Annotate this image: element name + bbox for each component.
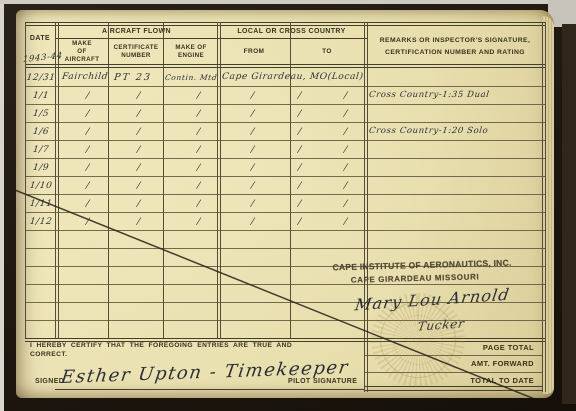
cancellation-line [16,10,554,398]
row-date: 1/10 [25,181,56,191]
ditto-mark: / [136,217,141,227]
row-rule [25,212,545,213]
make-of-aircraft-header: MAKE OF AIRCRAFT [57,40,107,64]
scan-background-top [0,0,576,4]
ditto-mark: / [136,91,141,101]
total-to-date-rule [365,386,543,387]
row-date: 1/11 [25,199,56,209]
ditto-mark: / [196,127,201,137]
ditto-mark: / [297,163,302,173]
row-date: 1/1 [25,91,56,101]
table-top-rule-2 [25,25,545,26]
institute-stamp-line1: CAPE INSTITUTE OF AERONAUTICS, INC. [322,257,522,272]
ditto-mark: / [250,217,255,227]
ditto-mark: / [85,181,90,191]
from-column-header: FROM [218,48,290,56]
certificate-number-header: CERTIFICATE NUMBER [110,44,162,60]
ditto-mark: / [250,91,255,101]
page-total-label: PAGE TOTAL [416,343,534,353]
ditto-mark: / [297,109,302,119]
ditto-mark: / [250,145,255,155]
row-rule [25,320,545,321]
row-rule [25,230,545,231]
column-rule [108,22,109,338]
ditto-mark: / [297,127,302,137]
certify-statement: I HEREBY CERTIFY THAT THE FOREGOING ENTR… [30,342,330,359]
row-rule [25,122,545,123]
column-rule [163,22,164,338]
ditto-mark: / [136,181,141,191]
amt-forward-label: AMT. FORWARD [416,359,534,369]
ditto-mark: / [297,217,302,227]
ditto-mark: / [297,145,302,155]
ditto-mark: / [250,127,255,137]
ditto-mark: / [297,199,302,209]
row-date: 1/5 [25,109,56,119]
ditto-mark: / [196,145,201,155]
row-make: Fairchild [61,72,108,82]
ditto-mark: / [343,181,348,191]
row-date: 12/31 [25,73,56,83]
ditto-mark: / [196,181,201,191]
header-bottom-rule-2 [25,67,545,68]
ditto-mark: / [85,199,90,209]
ditto-mark: / [297,91,302,101]
logbook-page: DATE AIRCRAFT FLOWN LOCAL OR CROSS COUNT… [16,10,554,398]
row-route: Cape Girardeau, MO(Local) [221,72,364,82]
row-rule [25,176,545,177]
to-column-header: TO [290,48,364,56]
column-rule [25,22,26,338]
signature-baseline [55,389,365,390]
row-rule [25,284,545,285]
row-date: 1/12 [25,217,56,227]
ditto-mark: / [136,199,141,209]
column-rule [55,22,59,338]
ditto-mark: / [85,91,90,101]
total-to-date-rule-2 [365,390,543,391]
ditto-mark: / [196,163,201,173]
ditto-mark: / [85,217,90,227]
ditto-mark: / [343,217,348,227]
row-certificate: PT 23 [113,72,152,83]
group-header-rule [55,38,367,39]
ditto-mark: / [136,109,141,119]
row-rule [25,248,545,249]
ditto-mark: / [343,91,348,101]
ditto-mark: / [85,109,90,119]
make-of-engine-header: MAKE OF ENGINE [165,44,217,60]
ditto-mark: / [136,145,141,155]
ditto-mark: / [250,199,255,209]
column-rule [217,22,221,338]
column-rule [364,22,368,392]
scan-background-left [0,0,4,411]
column-rule [542,22,546,392]
row-rule [25,86,545,87]
ditto-mark: / [343,145,348,155]
ditto-mark: / [196,109,201,119]
ditto-mark: / [85,127,90,137]
local-cross-country-group-header: LOCAL OR CROSS COUNTRY [218,27,365,36]
row-remark: Cross Country-1:35 Dual [368,90,490,100]
table-bottom-rule [25,338,545,339]
total-to-date-label: TOTAL TO DATE [416,376,534,386]
ditto-mark: / [343,109,348,119]
row-date: 1/9 [25,163,56,173]
ditto-mark: / [136,163,141,173]
row-rule [25,140,545,141]
aircraft-flown-group-header: AIRCRAFT FLOWN [55,27,218,36]
row-rule [25,158,545,159]
ditto-mark: / [85,163,90,173]
ditto-mark: / [250,163,255,173]
ditto-mark: / [85,145,90,155]
embossed-seal [371,293,465,387]
date-column-header: DATE [25,34,55,43]
row-date: 1/6 [25,127,56,137]
row-rule [25,104,545,105]
column-rule [290,22,291,338]
row-remark: Cross Country-1:20 Solo [368,126,488,136]
ditto-mark: / [196,199,201,209]
table-top-rule [25,22,545,23]
ditto-mark: / [297,181,302,191]
row-date: 1/7 [25,145,56,155]
ditto-mark: / [250,109,255,119]
ditto-mark: / [343,163,348,173]
ditto-mark: / [196,91,201,101]
ditto-mark: / [196,217,201,227]
ditto-mark: / [250,181,255,191]
ditto-mark: / [136,127,141,137]
book-cover-edge [562,24,576,404]
ditto-mark: / [343,127,348,137]
row-engine: Contin. Mtd [164,73,217,82]
row-rule [25,194,545,195]
logbook-photo: DATE AIRCRAFT FLOWN LOCAL OR CROSS COUNT… [0,0,576,411]
remarks-column-header: REMARKS OR INSPECTOR'S SIGNATURE, CERTIF… [372,35,538,58]
ditto-mark: / [343,199,348,209]
